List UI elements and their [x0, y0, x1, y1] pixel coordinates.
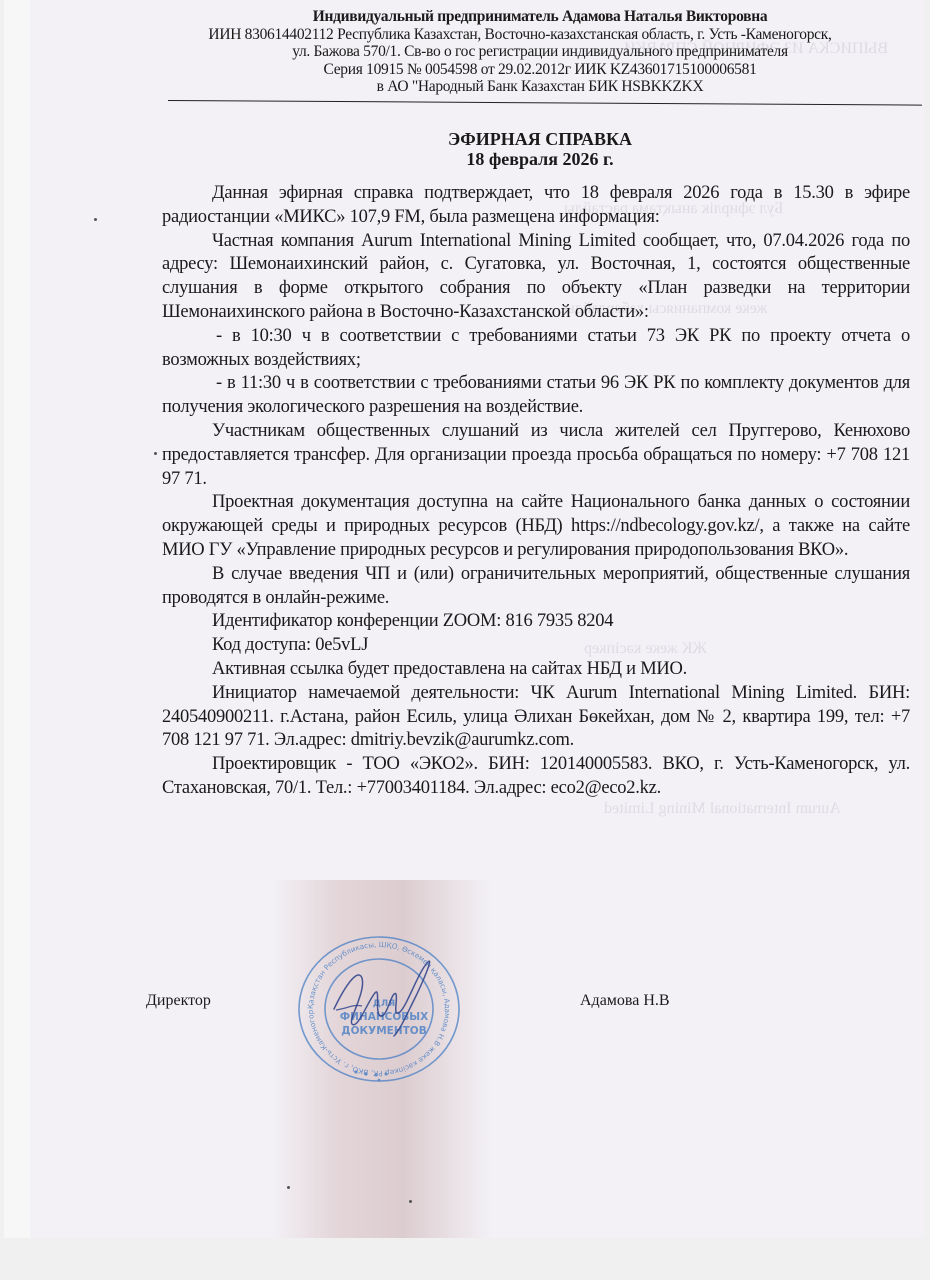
paragraph-initiator: Инициатор намечаемой деятельности: ЧК Au… — [162, 682, 910, 753]
paragraph-online: В случае введения ЧП и (или) ограничител… — [162, 563, 910, 611]
entrepreneur-name: Индивидуальный предприниматель Адамова Н… — [150, 8, 930, 26]
paragraph-documentation: Проектная документация доступна на сайте… — [162, 491, 910, 562]
letterhead-line: ИИН 830614402112 Республика Казахстан, В… — [110, 26, 930, 44]
letterhead-line: в АО "Народный Банк Казахстан БИК HSBKKZ… — [150, 78, 930, 96]
scan-speck — [409, 1200, 412, 1203]
scan-speck — [154, 452, 157, 455]
title-heading: ЭФИРНАЯ СПРАВКА — [150, 129, 930, 149]
scan-speck — [94, 218, 97, 221]
zoom-conference-id: Идентификатор конференции ZOOM: 816 7935… — [162, 610, 910, 634]
letterhead-line: ул. Бажова 570/1. Св-во о гос регистраци… — [150, 43, 930, 61]
letterhead-line: Серия 10915 № 0054598 от 29.02.2012г ИИК… — [150, 61, 930, 79]
bleed-through-text: Aurum International Mining Limited — [604, 800, 841, 818]
list-item-hearing-1: - в 10:30 ч в соответствии с требованиям… — [162, 325, 910, 373]
letterhead: Индивидуальный предприниматель Адамова Н… — [150, 8, 930, 96]
active-link-note: Активная ссылка будет предоставлена на с… — [162, 658, 910, 682]
zoom-access-code: Код доступа: 0e5vLJ — [162, 634, 910, 658]
paragraph-intro: Данная эфирная справка подтверждает, что… — [162, 182, 910, 230]
list-item-hearing-2: - в 11:30 ч в соответствии с требованиям… — [162, 372, 910, 420]
paragraph-transfer: Участникам общественных слушаний из числ… — [162, 420, 910, 491]
paragraph-announcement: Частная компания Aurum International Min… — [162, 230, 910, 325]
document-title: ЭФИРНАЯ СПРАВКА 18 февраля 2026 г. — [150, 129, 930, 169]
official-stamp: Қазақстан Республикасы, ШҚО, Өскемен қал… — [296, 934, 462, 1084]
stamp-center-line: ДЛЯ — [373, 999, 395, 1009]
scan-speck — [287, 1186, 290, 1189]
signatory-role: Директор — [146, 992, 211, 1010]
page-edge — [4, 0, 30, 1238]
stamp-center-line: ДОКУМЕНТОВ — [341, 1025, 426, 1037]
paragraph-designer: Проектировщик - ТОО «ЭКО2». БИН: 1201400… — [162, 753, 910, 801]
signatory-name: Адамова Н.В — [580, 992, 670, 1010]
document-body: Данная эфирная справка подтверждает, что… — [162, 182, 910, 801]
stamp-seal-icon: Қазақстан Республикасы, ШҚО, Өскемен қал… — [296, 934, 462, 1084]
title-date: 18 февраля 2026 г. — [150, 149, 930, 169]
